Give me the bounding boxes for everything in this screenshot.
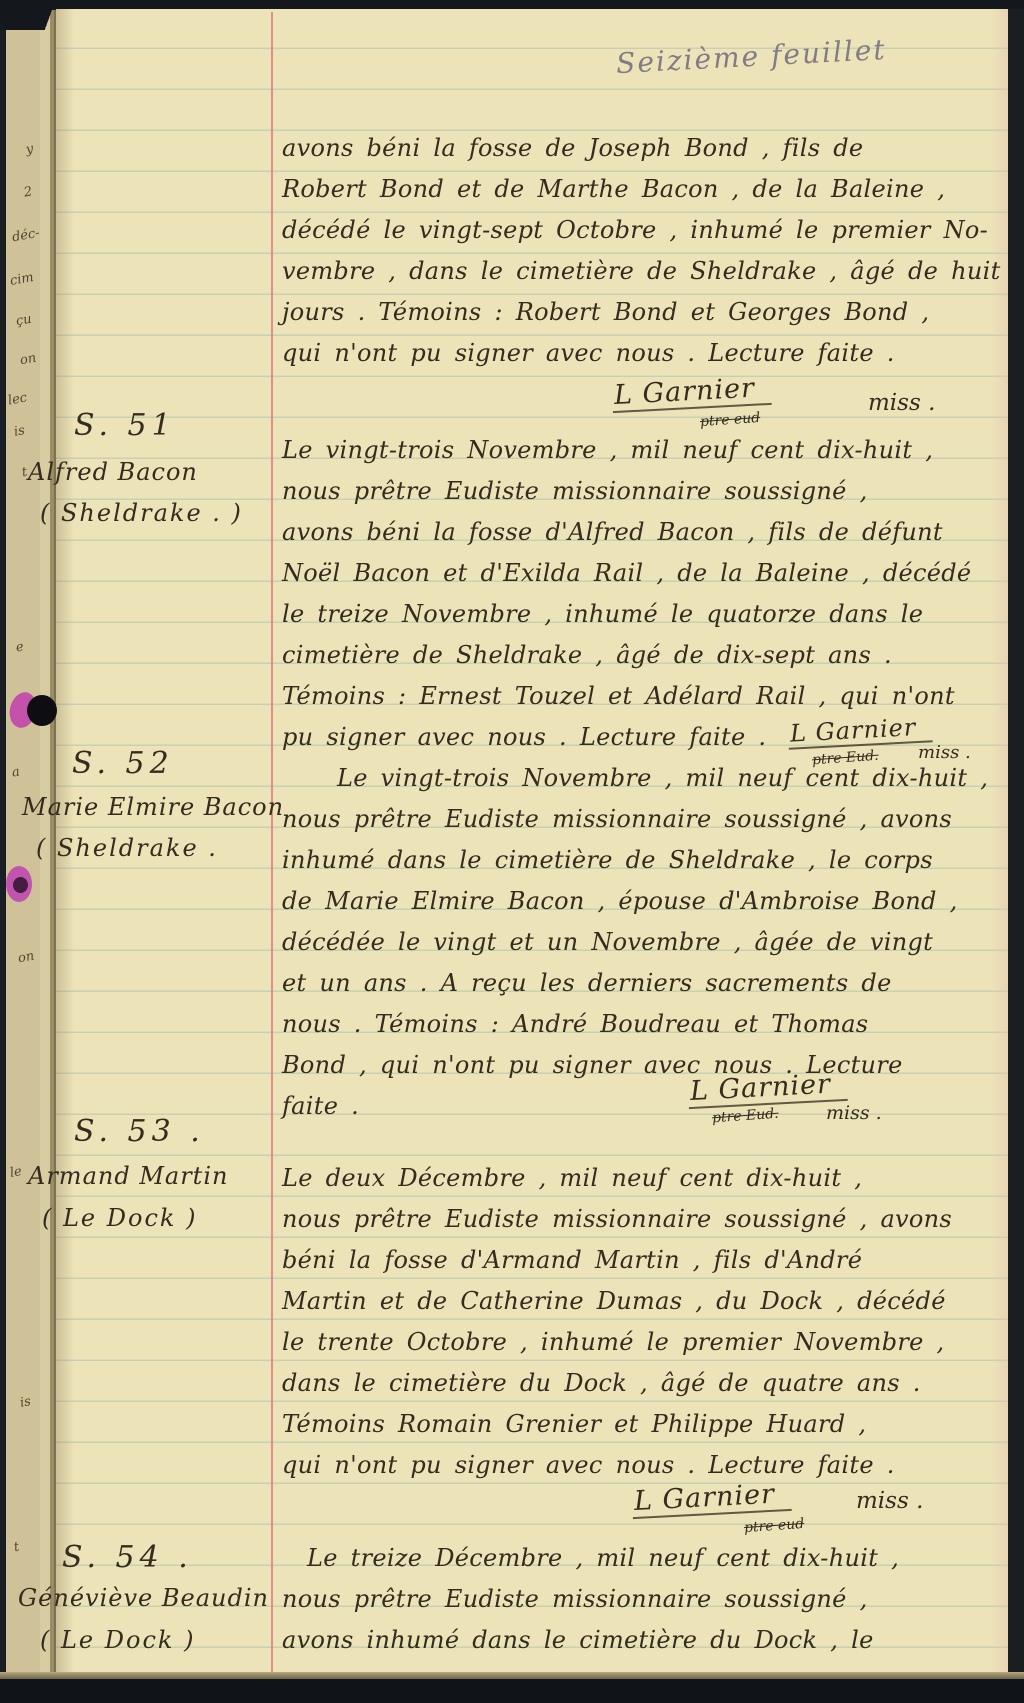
edge-fragment: e <box>15 639 25 655</box>
record-line: faite . <box>282 1086 988 1127</box>
record-line: Le vingt-trois Novembre , mil neuf cent … <box>282 430 971 471</box>
record-line: nous prêtre Eudiste missionnaire soussig… <box>282 471 971 512</box>
record-line: nous prêtre Eudiste missionnaire soussig… <box>282 1199 952 1240</box>
record-line: inhumé dans le cimetière de Sheldrake , … <box>282 840 988 881</box>
record-line: Le treize Décembre , mil neuf cent dix-h… <box>282 1538 899 1579</box>
margin-name: Généviève Beaudin <box>18 1584 269 1612</box>
book-edge-top <box>0 0 1024 9</box>
margin-name: Marie Elmire Bacon <box>22 793 284 821</box>
record-line: Le vingt-trois Novembre , mil neuf cent … <box>282 758 988 799</box>
record-text: Le vingt-trois Novembre , mil neuf cent … <box>282 430 971 758</box>
margin-name: Armand Martin <box>28 1162 228 1190</box>
record-line: nous prêtre Eudiste missionnaire soussig… <box>282 799 988 840</box>
record-line: cimetière de Sheldrake , âgé de dix-sept… <box>282 635 971 676</box>
record-line: nous . Témoins : André Boudreau et Thoma… <box>282 1004 988 1045</box>
edge-fragment: le <box>9 1164 23 1181</box>
margin-number: S. 53 . <box>74 1114 205 1149</box>
margin-number: S. 51 <box>74 408 176 443</box>
margin-place: ( Sheldrake . <box>36 834 218 862</box>
record-line: décédé le vingt-sept Octobre , inhumé le… <box>282 210 1001 251</box>
edge-fragment: on <box>17 949 36 967</box>
record-line: Témoins Romain Grenier et Philippe Huard… <box>282 1404 952 1445</box>
record-line: avons béni la fosse d'Alfred Bacon , fil… <box>282 512 971 553</box>
record-text: Le deux Décembre , mil neuf cent dix-hui… <box>282 1158 952 1486</box>
page-bottom-edge <box>0 1672 1024 1679</box>
margin-place: ( Le Dock ) <box>42 1204 197 1232</box>
book-edge-bottom <box>0 1679 1024 1703</box>
edge-fragment: on <box>19 351 38 369</box>
record-line: le trente Octobre , inhumé le premier No… <box>282 1322 952 1363</box>
edge-fragment: a <box>11 764 21 780</box>
edge-fragment: déc- <box>11 226 41 246</box>
record-line: Témoins : Ernest Touzel et Adélard Rail … <box>282 676 971 717</box>
margin-place: ( Le Dock ) <box>40 1626 195 1654</box>
edge-fragment: cim <box>9 270 35 289</box>
signature-suffix: miss . <box>856 1488 923 1514</box>
record-text: avons béni la fosse de Joseph Bond , fil… <box>282 128 1001 374</box>
record-line: qui n'ont pu signer avec nous . Lecture … <box>282 333 1001 374</box>
record-line: qui n'ont pu signer avec nous . Lecture … <box>282 1445 952 1486</box>
punch-hole-bottom <box>13 877 28 893</box>
record-line: le treize Novembre , inhumé le quatorze … <box>282 594 971 635</box>
red-margin-rule <box>271 12 273 1675</box>
edge-fragment: 2 <box>23 184 34 200</box>
record-line: avons inhumé dans le cimetière du Dock ,… <box>282 1620 899 1661</box>
photographed-register-page: y2déc-cimçuonlecisteaonleist Seizième fe… <box>0 0 1024 1703</box>
record-line: vembre , dans le cimetière de Sheldrake … <box>282 251 1001 292</box>
edge-fragment: y <box>25 141 35 157</box>
record-text: Le vingt-trois Novembre , mil neuf cent … <box>282 758 988 1127</box>
record-line: Noël Bacon et d'Exilda Rail , de la Bale… <box>282 553 971 594</box>
record-line: jours . Témoins : Robert Bond et Georges… <box>282 292 1001 333</box>
record-line: avons béni la fosse de Joseph Bond , fil… <box>282 128 1001 169</box>
margin-number: S. 54 . <box>62 1540 193 1575</box>
record-line: de Marie Elmire Bacon , épouse d'Ambrois… <box>282 881 988 922</box>
margin-number: S. 52 <box>72 746 174 781</box>
edge-fragment: t <box>13 1540 21 1556</box>
record-line: Le deux Décembre , mil neuf cent dix-hui… <box>282 1158 952 1199</box>
record-line: béni la fosse d'Armand Martin , fils d'A… <box>282 1240 952 1281</box>
margin-name: Alfred Bacon <box>28 458 198 486</box>
margin-place: ( Sheldrake . ) <box>40 499 243 527</box>
record-line: Bond , qui n'ont pu signer avec nous . L… <box>282 1045 988 1086</box>
record-line: dans le cimetière du Dock , âgé de quatr… <box>282 1363 952 1404</box>
edge-fragment: is <box>19 1394 32 1411</box>
record-line: décédée le vingt et un Novembre , âgée d… <box>282 922 988 963</box>
signature-suffix: miss . <box>826 1102 882 1124</box>
record-line: Martin et de Catherine Dumas , du Dock ,… <box>282 1281 952 1322</box>
edge-fragment: çu <box>15 312 33 329</box>
signature-suffix: miss . <box>868 390 935 416</box>
record-line: et un ans . A reçu les derniers sacremen… <box>282 963 988 1004</box>
record-line: Robert Bond et de Marthe Bacon , de la B… <box>282 169 1001 210</box>
book-corner-top-left <box>0 0 110 30</box>
edge-fragment: is <box>13 423 26 440</box>
punch-hole-top <box>27 695 57 726</box>
record-text: Le treize Décembre , mil neuf cent dix-h… <box>282 1538 899 1661</box>
edge-fragment: lec <box>7 390 28 408</box>
record-line: nous prêtre Eudiste missionnaire soussig… <box>282 1579 899 1620</box>
